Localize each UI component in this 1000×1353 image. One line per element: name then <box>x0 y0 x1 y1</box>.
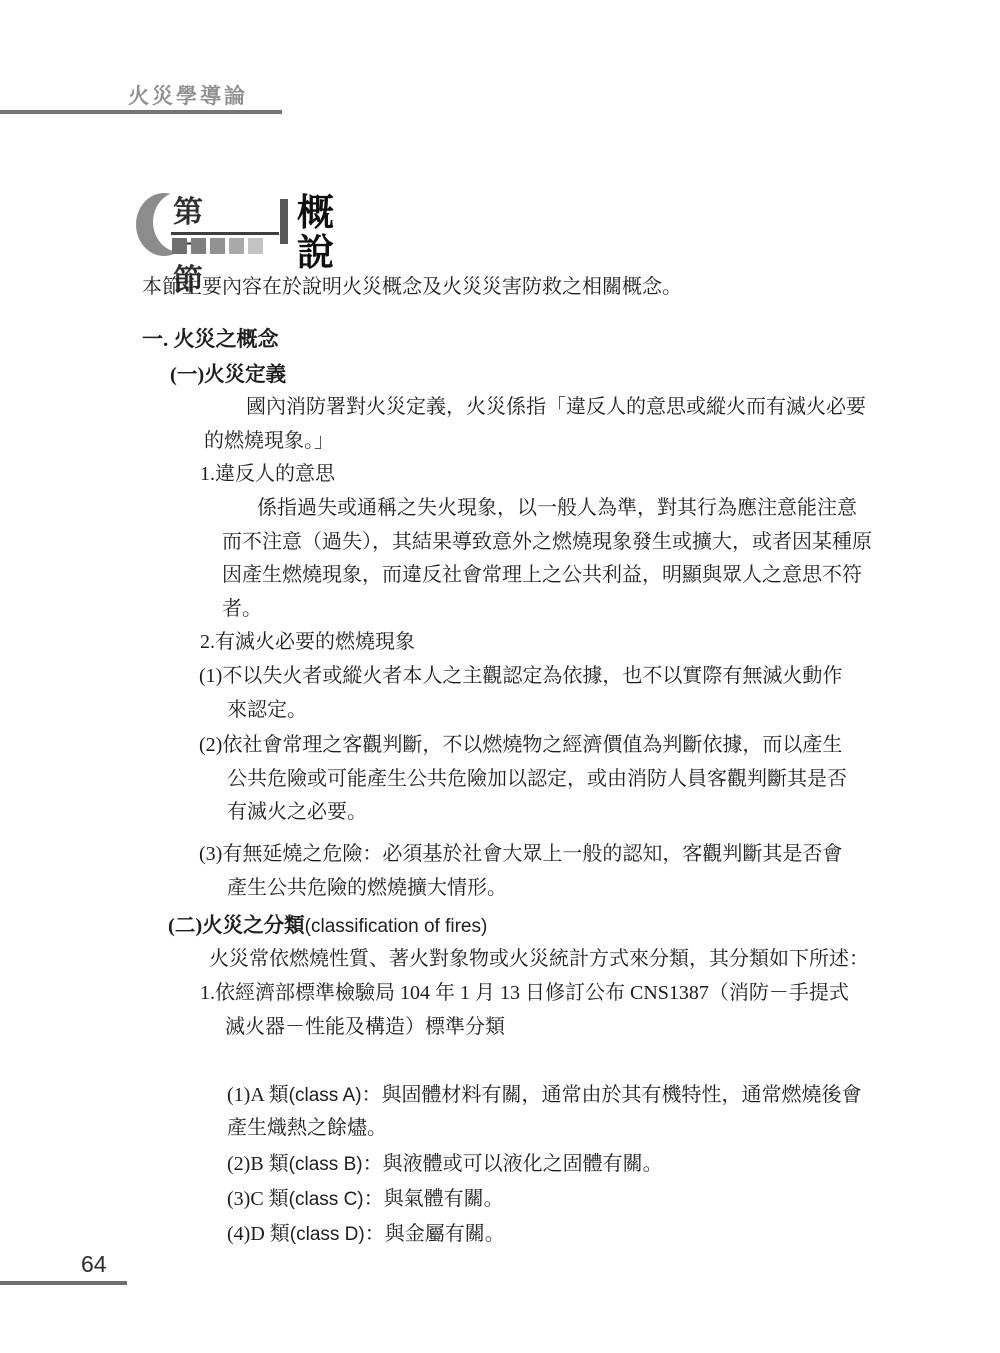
class-d-en: (class D) <box>290 1224 365 1245</box>
gradient-squares-row <box>172 238 263 254</box>
header-gradient-square <box>248 238 263 254</box>
list-item-2-sub-3: (3)有無延燒之危險：必須基於社會大眾上一般的認知，客觀判斷其是否會 產生公共危… <box>199 838 842 905</box>
book-page: 火災學導論 第一節 概說 本節主要內容在於說明火災概念及火災災害防救之相關概念。… <box>0 0 1000 1353</box>
intro-paragraph: 本節主要內容在於說明火災概念及火災災害防救之相關概念。 <box>142 271 682 305</box>
section-title-divider-bar <box>280 199 288 244</box>
header-gradient-square <box>229 238 244 254</box>
class-d-text: ：與金屬有關。 <box>365 1223 505 1245</box>
section-label-rule <box>171 232 279 235</box>
class-a-en: (class A) <box>289 1085 362 1106</box>
list-item-1-body: 係指過失或通稱之失火現象，以一般人為準，對其行為應注意能注意 而不注意（過失），… <box>222 492 872 626</box>
header-rule <box>0 110 282 114</box>
section-title: 概說 <box>297 194 336 274</box>
heading-fire-classification: (二)火災之分類(classification of fires) <box>168 913 487 941</box>
paragraph-classification-intro: 火災常依燃燒性質、著火對象物或火災統計方式來分類，其分類如下所述： <box>209 943 869 977</box>
header-gradient-square <box>172 238 187 254</box>
list-item-1-title: 1.違反人的意思 <box>200 458 335 492</box>
header-gradient-square <box>191 238 206 254</box>
list-item-2-sub-2: (2)依社會常理之客觀判斷，不以燃燒物之經濟價值為判斷依據，而以產生 公共危險或… <box>199 729 847 830</box>
class-d-head: (4)D 類 <box>227 1223 290 1245</box>
class-d-item: (4)D 類(class D)：與金屬有關。 <box>199 1184 505 1251</box>
heading-fire-classification-zh: (二)火災之分類 <box>168 915 305 937</box>
heading-fire-concept: 一. 火災之概念 <box>142 326 279 352</box>
paragraph-fire-definition: 國內消防署對火災定義，火災係指「違反人的意思或縱火而有滅火必要 的燃燒現象。」 <box>204 391 866 458</box>
running-head-book-title: 火災學導論 <box>128 80 248 110</box>
header-gradient-square <box>210 238 225 254</box>
page-number: 64 <box>81 1251 107 1278</box>
list-item-2-sub-1: (1)不以失火者或縱火者本人之主觀認定為依據，也不以實際有無滅火動作 來認定。 <box>199 660 842 727</box>
class-a-head: (1)A 類 <box>227 1084 289 1106</box>
heading-fire-classification-en: (classification of fires) <box>305 916 488 937</box>
heading-fire-definition: (一)火災定義 <box>170 362 286 388</box>
list-item-cns-standard: 1.依經濟部標準檢驗局 104 年 1 月 13 日修訂公布 CNS1387（消… <box>200 977 849 1044</box>
footer-rule <box>0 1281 127 1285</box>
list-item-2-title: 2.有滅火必要的燃燒現象 <box>200 626 415 660</box>
